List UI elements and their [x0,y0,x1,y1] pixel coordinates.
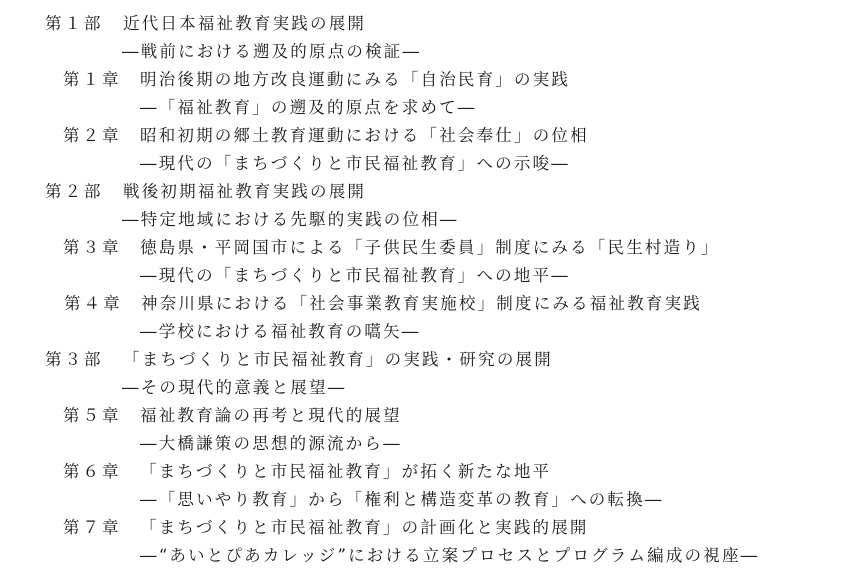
chapter-title: 昭和初期の郷土教育運動における「社会奉仕」の位相 [140,122,589,150]
chapter-title: 福祉教育論の再考と現代的展望 [140,402,402,430]
chapter-subtitle-line: ―大橋謙策の思想的源流から― [0,430,851,458]
chapter-title: 「まちづくりと市民福祉教育」の計画化と実践的展開 [140,514,589,542]
chapter-subtitle-line: ―“あいとぴあカレッジ”における立案プロセスとプログラム編成の視座― [0,542,851,570]
part-subtitle: ―戦前における遡及的原点の検証― [122,38,421,66]
table-of-contents: 第１部 近代日本福祉教育実践の展開 ―戦前における遡及的原点の検証― 第１章 明… [0,10,851,570]
chapter-subtitle: ―「福祉教育」の遡及的原点を求めて― [140,94,477,122]
chapter-title: 徳島県・平岡国市による「子供民生委員」制度にみる「民生村造り」 [140,234,720,262]
chapter-subtitle-line: ―現代の「まちづくりと市民福祉教育」への示唆― [0,150,851,178]
part-heading: 第１部 近代日本福祉教育実践の展開 [0,10,851,38]
chapter-label: 第２章 [63,122,122,150]
chapter-label: 第５章 [63,402,122,430]
part-label: 第３部 [45,346,104,374]
part-label: 第１部 [45,10,104,38]
chapter-subtitle: ―大橋謙策の思想的源流から― [140,430,402,458]
part-title: 戦後初期福祉教育実践の展開 [123,178,366,206]
chapter-title: 「まちづくりと市民福祉教育」が拓く新たな地平 [140,458,551,486]
chapter-subtitle: ―“あいとぴあカレッジ”における立案プロセスとプログラム編成の視座― [140,542,759,570]
part-title: 「まちづくりと市民福祉教育」の実践・研究の展開 [123,346,553,374]
chapter-heading: 第６章 「まちづくりと市民福祉教育」が拓く新たな地平 [0,458,851,486]
chapter-label: 第７章 [63,514,122,542]
chapter-heading: 第５章 福祉教育論の再考と現代的展望 [0,402,851,430]
part-heading: 第２部 戦後初期福祉教育実践の展開 [0,178,851,206]
chapter-heading: 第４章 神奈川県における「社会事業教育実施校」制度にみる福祉教育実践 [0,290,851,318]
chapter-subtitle-line: ―現代の「まちづくりと市民福祉教育」への地平― [0,262,851,290]
chapter-subtitle: ―現代の「まちづくりと市民福祉教育」への示唆― [140,150,570,178]
part-subtitle-line: ―その現代的意義と展望― [0,374,851,402]
chapter-label: 第４章 [64,290,123,318]
part-title: 近代日本福祉教育実践の展開 [123,10,366,38]
chapter-label: 第３章 [63,234,122,262]
chapter-subtitle-line: ―「福祉教育」の遡及的原点を求めて― [0,94,851,122]
part-label: 第２部 [45,178,104,206]
chapter-heading: 第２章 昭和初期の郷土教育運動における「社会奉仕」の位相 [0,122,851,150]
chapter-title: 神奈川県における「社会事業教育実施校」制度にみる福祉教育実践 [141,290,702,318]
chapter-subtitle-line: ―「思いやり教育」から「権利と構造変革の教育」への転換― [0,486,851,514]
chapter-title: 明治後期の地方改良運動にみる「自治民育」の実践 [140,66,570,94]
chapter-heading: 第３章 徳島県・平岡国市による「子供民生委員」制度にみる「民生村造り」 [0,234,851,262]
chapter-subtitle: ―「思いやり教育」から「権利と構造変革の教育」への転換― [140,486,664,514]
chapter-label: 第１章 [63,66,122,94]
chapter-subtitle-line: ―学校における福祉教育の嚆矢― [0,318,851,346]
part-subtitle-line: ―戦前における遡及的原点の検証― [0,38,851,66]
chapter-subtitle: ―現代の「まちづくりと市民福祉教育」への地平― [140,262,570,290]
chapter-heading: 第７章 「まちづくりと市民福祉教育」の計画化と実践的展開 [0,514,851,542]
part-subtitle: ―その現代的意義と展望― [122,374,346,402]
chapter-subtitle: ―学校における福祉教育の嚆矢― [140,318,421,346]
chapter-heading: 第１章 明治後期の地方改良運動にみる「自治民育」の実践 [0,66,851,94]
part-heading: 第３部 「まちづくりと市民福祉教育」の実践・研究の展開 [0,346,851,374]
part-subtitle-line: ―特定地域における先駆的実践の位相― [0,206,851,234]
part-subtitle: ―特定地域における先駆的実践の位相― [122,206,459,234]
chapter-label: 第６章 [63,458,122,486]
